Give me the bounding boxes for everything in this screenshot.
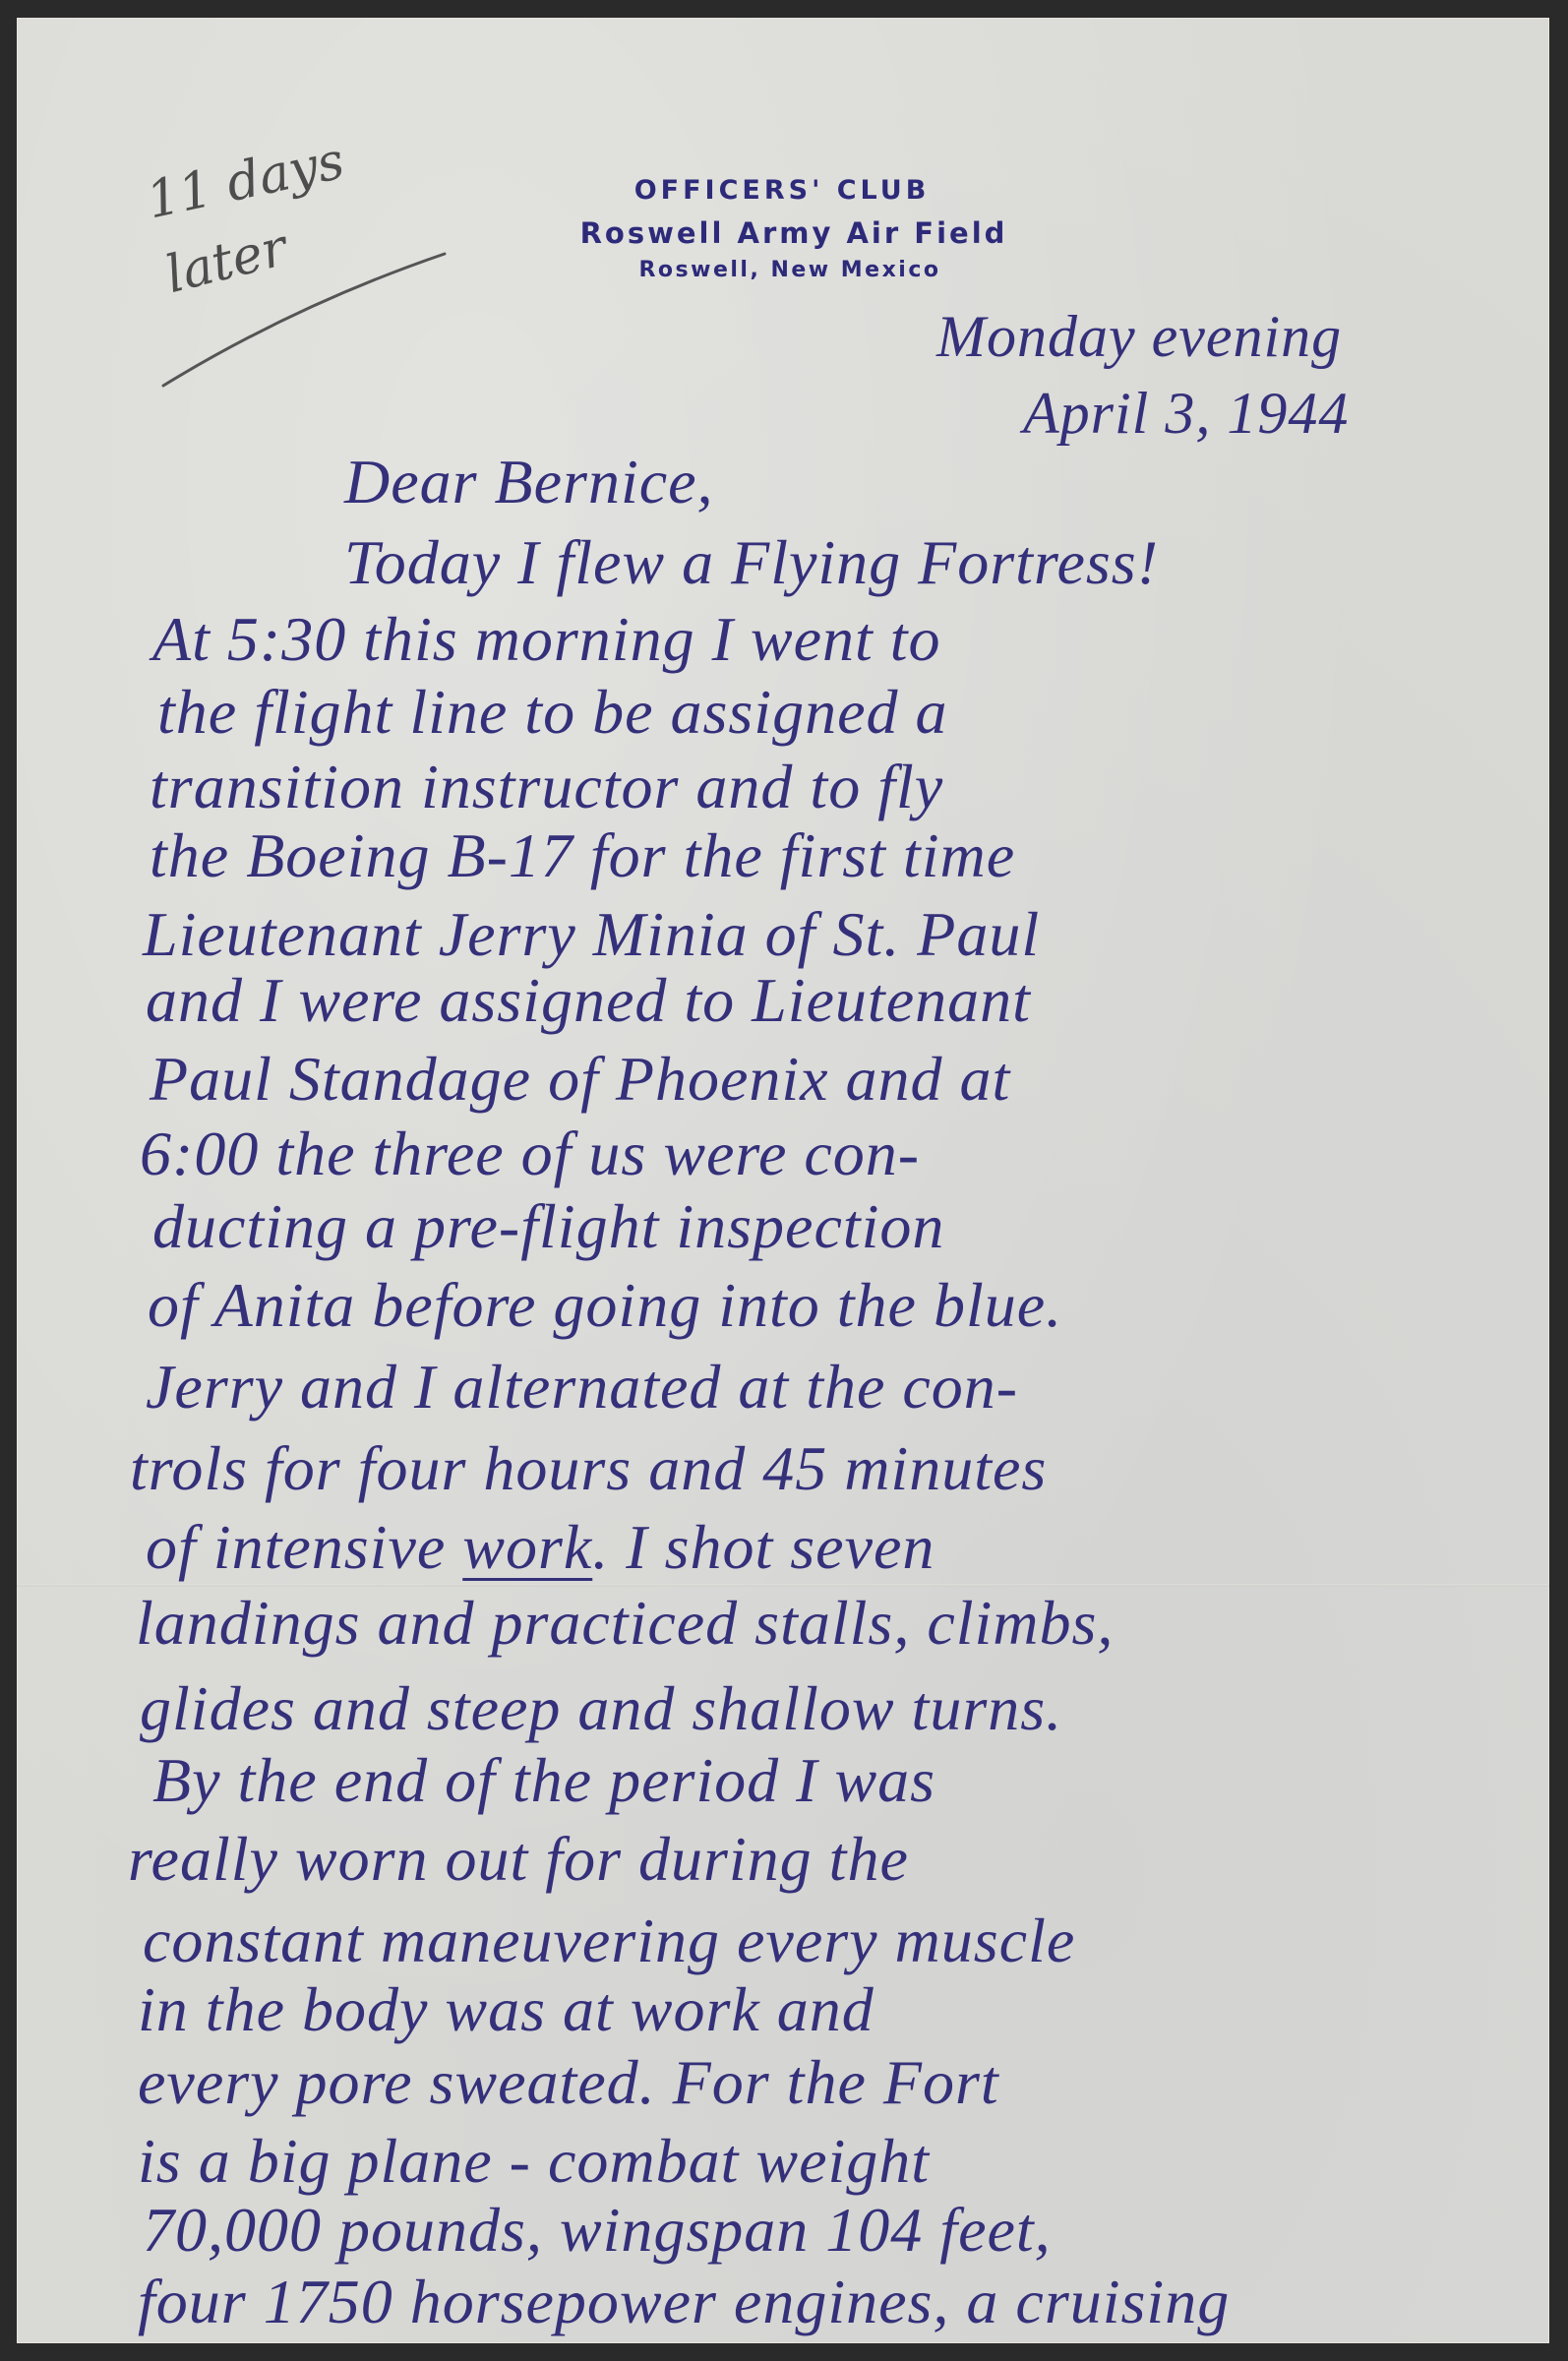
body-line: landings and practiced stalls, climbs, bbox=[136, 1592, 1114, 1655]
body-line: is a big plane - combat weight bbox=[138, 2130, 930, 2193]
body-line: 70,000 pounds, wingspan 104 feet, bbox=[143, 2199, 1052, 2262]
body-text: . I shot seven bbox=[592, 1512, 935, 1582]
body-line: ducting a pre-flight inspection bbox=[152, 1195, 944, 1258]
body-line: Lieutenant Jerry Minia of St. Paul bbox=[143, 903, 1040, 966]
underlined-word: work bbox=[462, 1512, 592, 1582]
dateline-day: Monday evening bbox=[936, 307, 1342, 366]
body-line: 6:00 the three of us were con- bbox=[140, 1122, 920, 1185]
body-line: every pore sweated. For the Fort bbox=[138, 2051, 999, 2114]
body-line: really worn out for during the bbox=[128, 1828, 909, 1891]
body-line: constant maneuvering every muscle bbox=[143, 1909, 1075, 1972]
body-line: glides and steep and shallow turns. bbox=[140, 1677, 1062, 1740]
body-line: Jerry and I alternated at the con- bbox=[146, 1356, 1018, 1419]
body-line: By the end of the period I was bbox=[152, 1749, 935, 1812]
body-text: of intensive bbox=[146, 1512, 446, 1582]
body-line-with-emphasis: of intensive work. I shot seven bbox=[146, 1516, 935, 1579]
salutation: Dear Bernice, bbox=[344, 451, 714, 514]
body-line: four 1750 horsepower engines, a cruising bbox=[138, 2270, 1230, 2333]
body-line: the Boeing B-17 for the first time bbox=[150, 824, 1015, 887]
body-line: At 5:30 this morning I went to bbox=[152, 608, 941, 671]
body-line: Today I flew a Flying Fortress! bbox=[344, 531, 1159, 594]
body-line: of Anita before going into the blue. bbox=[148, 1274, 1062, 1337]
body-line: transition instructor and to fly bbox=[150, 756, 943, 818]
body-line: in the body was at work and bbox=[138, 1978, 874, 2041]
body-line: Paul Standage of Phoenix and at bbox=[150, 1048, 1010, 1111]
body-line: and I were assigned to Lieutenant bbox=[146, 969, 1031, 1032]
dateline-date: April 3, 1944 bbox=[1023, 384, 1349, 443]
body-line: trols for four hours and 45 minutes bbox=[130, 1437, 1047, 1500]
body-line: the flight line to be assigned a bbox=[157, 681, 947, 744]
